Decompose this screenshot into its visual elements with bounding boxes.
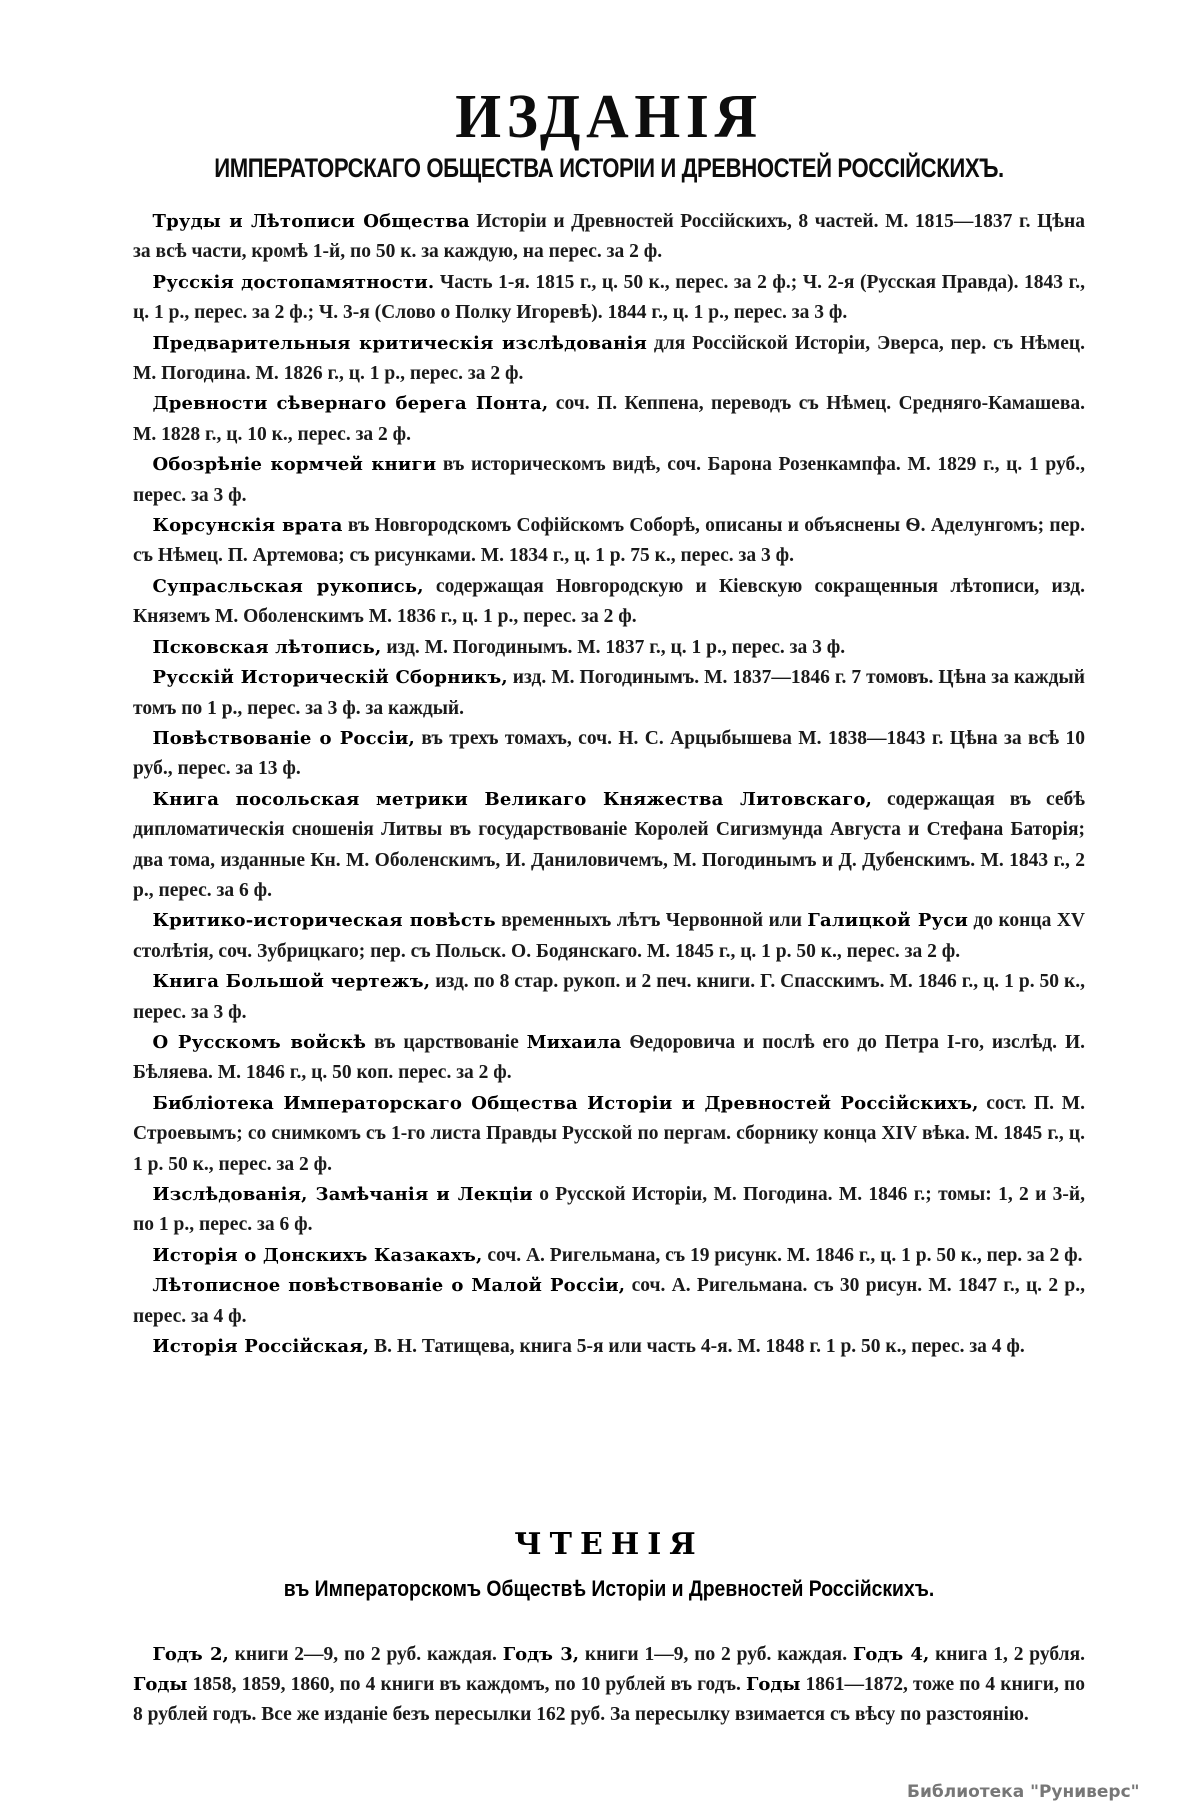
publication-entry: Псковская лѣтопись, изд. М. Погодинымъ. … <box>133 633 1085 663</box>
entry-title: Труды и Лѣтописи Общества <box>153 211 470 232</box>
entry-title: Лѣтописное повѣствованіе о Малой Россіи, <box>153 1275 626 1296</box>
publication-entry: Библіотека Императорскаго Общества Истор… <box>133 1089 1085 1180</box>
publication-entry: Исторія Россійская, В. Н. Татищева, книг… <box>133 1332 1085 1362</box>
entry-title: Супрасльская рукопись, <box>153 576 424 597</box>
publication-entry: Изслѣдованія, Замѣчанія и Лекціи о Русск… <box>133 1180 1085 1241</box>
entry-title: Русскія достопамятности. <box>153 272 435 293</box>
publication-entry: Труды и Лѣтописи Общества Исторіи и Древ… <box>133 207 1085 268</box>
entry-title: Книга посольская метрики Великаго Княжес… <box>153 789 873 810</box>
entry-title: Обозрѣніе кормчей книги <box>153 454 437 475</box>
publication-entry: Лѣтописное повѣствованіе о Малой Россіи,… <box>133 1271 1085 1332</box>
year-label: Годъ 2, <box>153 1644 229 1665</box>
publication-entry: Супрасльская рукопись, содержащая Новгор… <box>133 572 1085 633</box>
entry-details: соч. А. Ригельмана, съ 19 рисунк. М. 184… <box>482 1245 1082 1266</box>
page-title: ИЗДАНІЯ <box>157 82 1061 152</box>
publication-entry: О Русскомъ войскѣ въ царствованіе Михаил… <box>133 1028 1085 1089</box>
publication-entry: Корсунскія врата въ Новгородскомъ Софійс… <box>133 511 1085 572</box>
library-watermark: Библиотека "Руниверс" <box>907 1782 1140 1802</box>
entry-title: Русскій Историческій Сборникъ, <box>153 667 508 688</box>
section-subtitle-chteniya: въ Императорскомъ Обществѣ Исторіи и Дре… <box>190 1573 1028 1605</box>
entry-title: О Русскомъ войскѣ <box>153 1032 367 1053</box>
page-subtitle: ИМПЕРАТОРСКАГО ОБЩЕСТВА ИСТОРІИ И ДРЕВНО… <box>212 150 1006 186</box>
entry-details: изд. М. Погодинымъ. М. 1837 г., ц. 1 р.,… <box>381 637 845 658</box>
entry-title: Книга Большой чертежъ, <box>153 971 431 992</box>
entry-title: Изслѣдованія, Замѣчанія и Лекціи <box>153 1184 533 1205</box>
publication-entry: Русскія достопамятности. Часть 1-я. 1815… <box>133 268 1085 329</box>
year-label: Годы <box>746 1674 800 1695</box>
year-label: Годы <box>133 1674 187 1695</box>
entry-details: В. Н. Татищева, книга 5-я или часть 4-я.… <box>369 1336 1025 1357</box>
entry-title: Предварительныя критическія изслѣдованія <box>153 333 648 354</box>
entry-title: Древности сѣвернаго берега Понта, <box>153 393 549 414</box>
entry-title: Критико-историческая повѣсть <box>153 910 496 931</box>
entry-title: Библіотека Императорскаго Общества Истор… <box>153 1093 979 1114</box>
entry-title: Исторія о Донскихъ Казакахъ, <box>153 1245 483 1266</box>
chteniya-pricing-text: Годъ 2, книги 2—9, по 2 руб. каждая. Год… <box>133 1640 1085 1731</box>
publication-entry: Книга Большой чертежъ, изд. по 8 стар. р… <box>133 967 1085 1028</box>
entry-title: Повѣствованіе о Россіи, <box>153 728 416 749</box>
entry-details: въ царствованіе <box>366 1032 527 1053</box>
publication-entry: Предварительныя критическія изслѣдованія… <box>133 329 1085 390</box>
entry-title-secondary: Галицкой Руси <box>807 910 968 931</box>
publication-entry: Повѣствованіе о Россіи, въ трехъ томахъ,… <box>133 724 1085 785</box>
entry-title: Корсунскія врата <box>153 515 343 536</box>
year-details: книги 1—9, по 2 руб. каждая. <box>579 1644 853 1665</box>
publication-entry: Критико-историческая повѣсть временныхъ … <box>133 906 1085 967</box>
publication-entry: Древности сѣвернаго берега Понта, соч. П… <box>133 389 1085 450</box>
publication-entry: Русскій Историческій Сборникъ, изд. М. П… <box>133 663 1085 724</box>
year-label: Годъ 3, <box>503 1644 579 1665</box>
year-label: Годъ 4, <box>853 1644 929 1665</box>
year-details: книги 2—9, по 2 руб. каждая. <box>229 1644 503 1665</box>
entry-details: временныхъ лѣтъ Червонной или <box>496 910 808 931</box>
entry-title-secondary: Михаила <box>527 1032 622 1053</box>
entry-title: Псковская лѣтопись, <box>153 637 382 658</box>
publication-entry: Исторія о Донскихъ Казакахъ, соч. А. Риг… <box>133 1241 1085 1271</box>
year-details: 1858, 1859, 1860, по 4 книги въ каждомъ,… <box>187 1674 745 1695</box>
publications-list: Труды и Лѣтописи Общества Исторіи и Древ… <box>133 207 1085 1362</box>
entry-title: Исторія Россійская, <box>153 1336 370 1357</box>
section-title-chteniya: ЧТЕНІЯ <box>133 1525 1085 1565</box>
publication-entry: Книга посольская метрики Великаго Княжес… <box>133 785 1085 907</box>
publication-entry: Обозрѣніе кормчей книги въ историческомъ… <box>133 450 1085 511</box>
year-details: книга 1, 2 рубля. <box>929 1644 1085 1665</box>
